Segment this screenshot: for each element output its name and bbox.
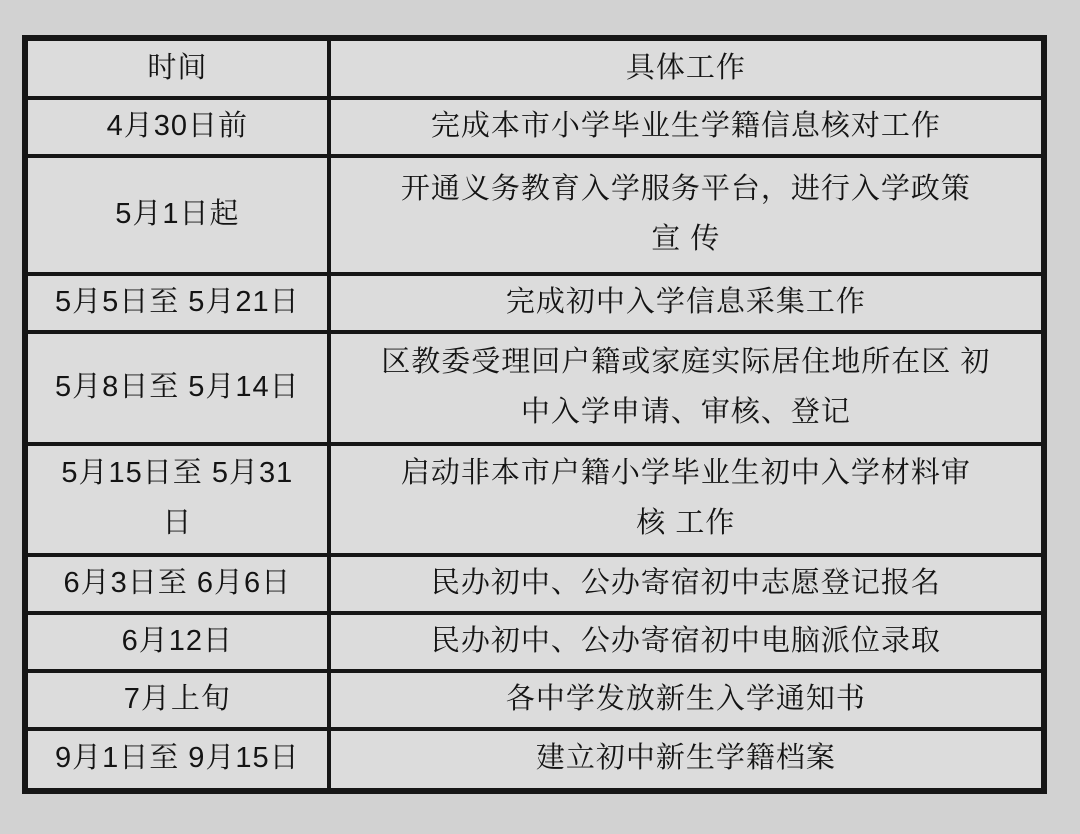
time-cell: 7月上旬 [25, 671, 329, 729]
time-cell: 5月15日至 5月31 日 [25, 444, 329, 555]
task-cell: 民办初中、公办寄宿初中志愿登记报名 [329, 555, 1044, 613]
column-header-task: 具体工作 [329, 38, 1044, 98]
table-row: 5月15日至 5月31 日 启动非本市户籍小学毕业生初中入学材料审 核 工作 [25, 444, 1044, 555]
table-row: 5月1日起 开通义务教育入学服务平台，进行入学政策 宣 传 [25, 156, 1044, 274]
time-cell: 4月30日前 [25, 98, 329, 156]
document-page: 时间 具体工作 4月30日前 完成本市小学毕业生学籍信息核对工作 5月1日起 开… [0, 0, 1080, 834]
table-row: 9月1日至 9月15日 建立初中新生学籍档案 [25, 729, 1044, 791]
time-cell: 6月12日 [25, 613, 329, 671]
task-cell: 建立初中新生学籍档案 [329, 729, 1044, 791]
column-header-time: 时间 [25, 38, 329, 98]
time-cell: 5月5日至 5月21日 [25, 274, 329, 332]
task-cell: 开通义务教育入学服务平台，进行入学政策 宣 传 [329, 156, 1044, 274]
task-cell: 区教委受理回户籍或家庭实际居住地所在区 初 中入学申请、审核、登记 [329, 332, 1044, 444]
table-row: 7月上旬 各中学发放新生入学通知书 [25, 671, 1044, 729]
table-row: 5月8日至 5月14日 区教委受理回户籍或家庭实际居住地所在区 初 中入学申请、… [25, 332, 1044, 444]
time-cell: 9月1日至 9月15日 [25, 729, 329, 791]
table-row: 6月3日至 6月6日 民办初中、公办寄宿初中志愿登记报名 [25, 555, 1044, 613]
table-header-row: 时间 具体工作 [25, 38, 1044, 98]
table-row: 6月12日 民办初中、公办寄宿初中电脑派位录取 [25, 613, 1044, 671]
task-cell: 完成初中入学信息采集工作 [329, 274, 1044, 332]
task-cell: 启动非本市户籍小学毕业生初中入学材料审 核 工作 [329, 444, 1044, 555]
time-cell: 5月8日至 5月14日 [25, 332, 329, 444]
task-cell: 各中学发放新生入学通知书 [329, 671, 1044, 729]
task-cell: 完成本市小学毕业生学籍信息核对工作 [329, 98, 1044, 156]
time-cell: 5月1日起 [25, 156, 329, 274]
enrollment-schedule-table: 时间 具体工作 4月30日前 完成本市小学毕业生学籍信息核对工作 5月1日起 开… [22, 35, 1047, 794]
time-cell: 6月3日至 6月6日 [25, 555, 329, 613]
task-cell: 民办初中、公办寄宿初中电脑派位录取 [329, 613, 1044, 671]
table-row: 5月5日至 5月21日 完成初中入学信息采集工作 [25, 274, 1044, 332]
table-row: 4月30日前 完成本市小学毕业生学籍信息核对工作 [25, 98, 1044, 156]
